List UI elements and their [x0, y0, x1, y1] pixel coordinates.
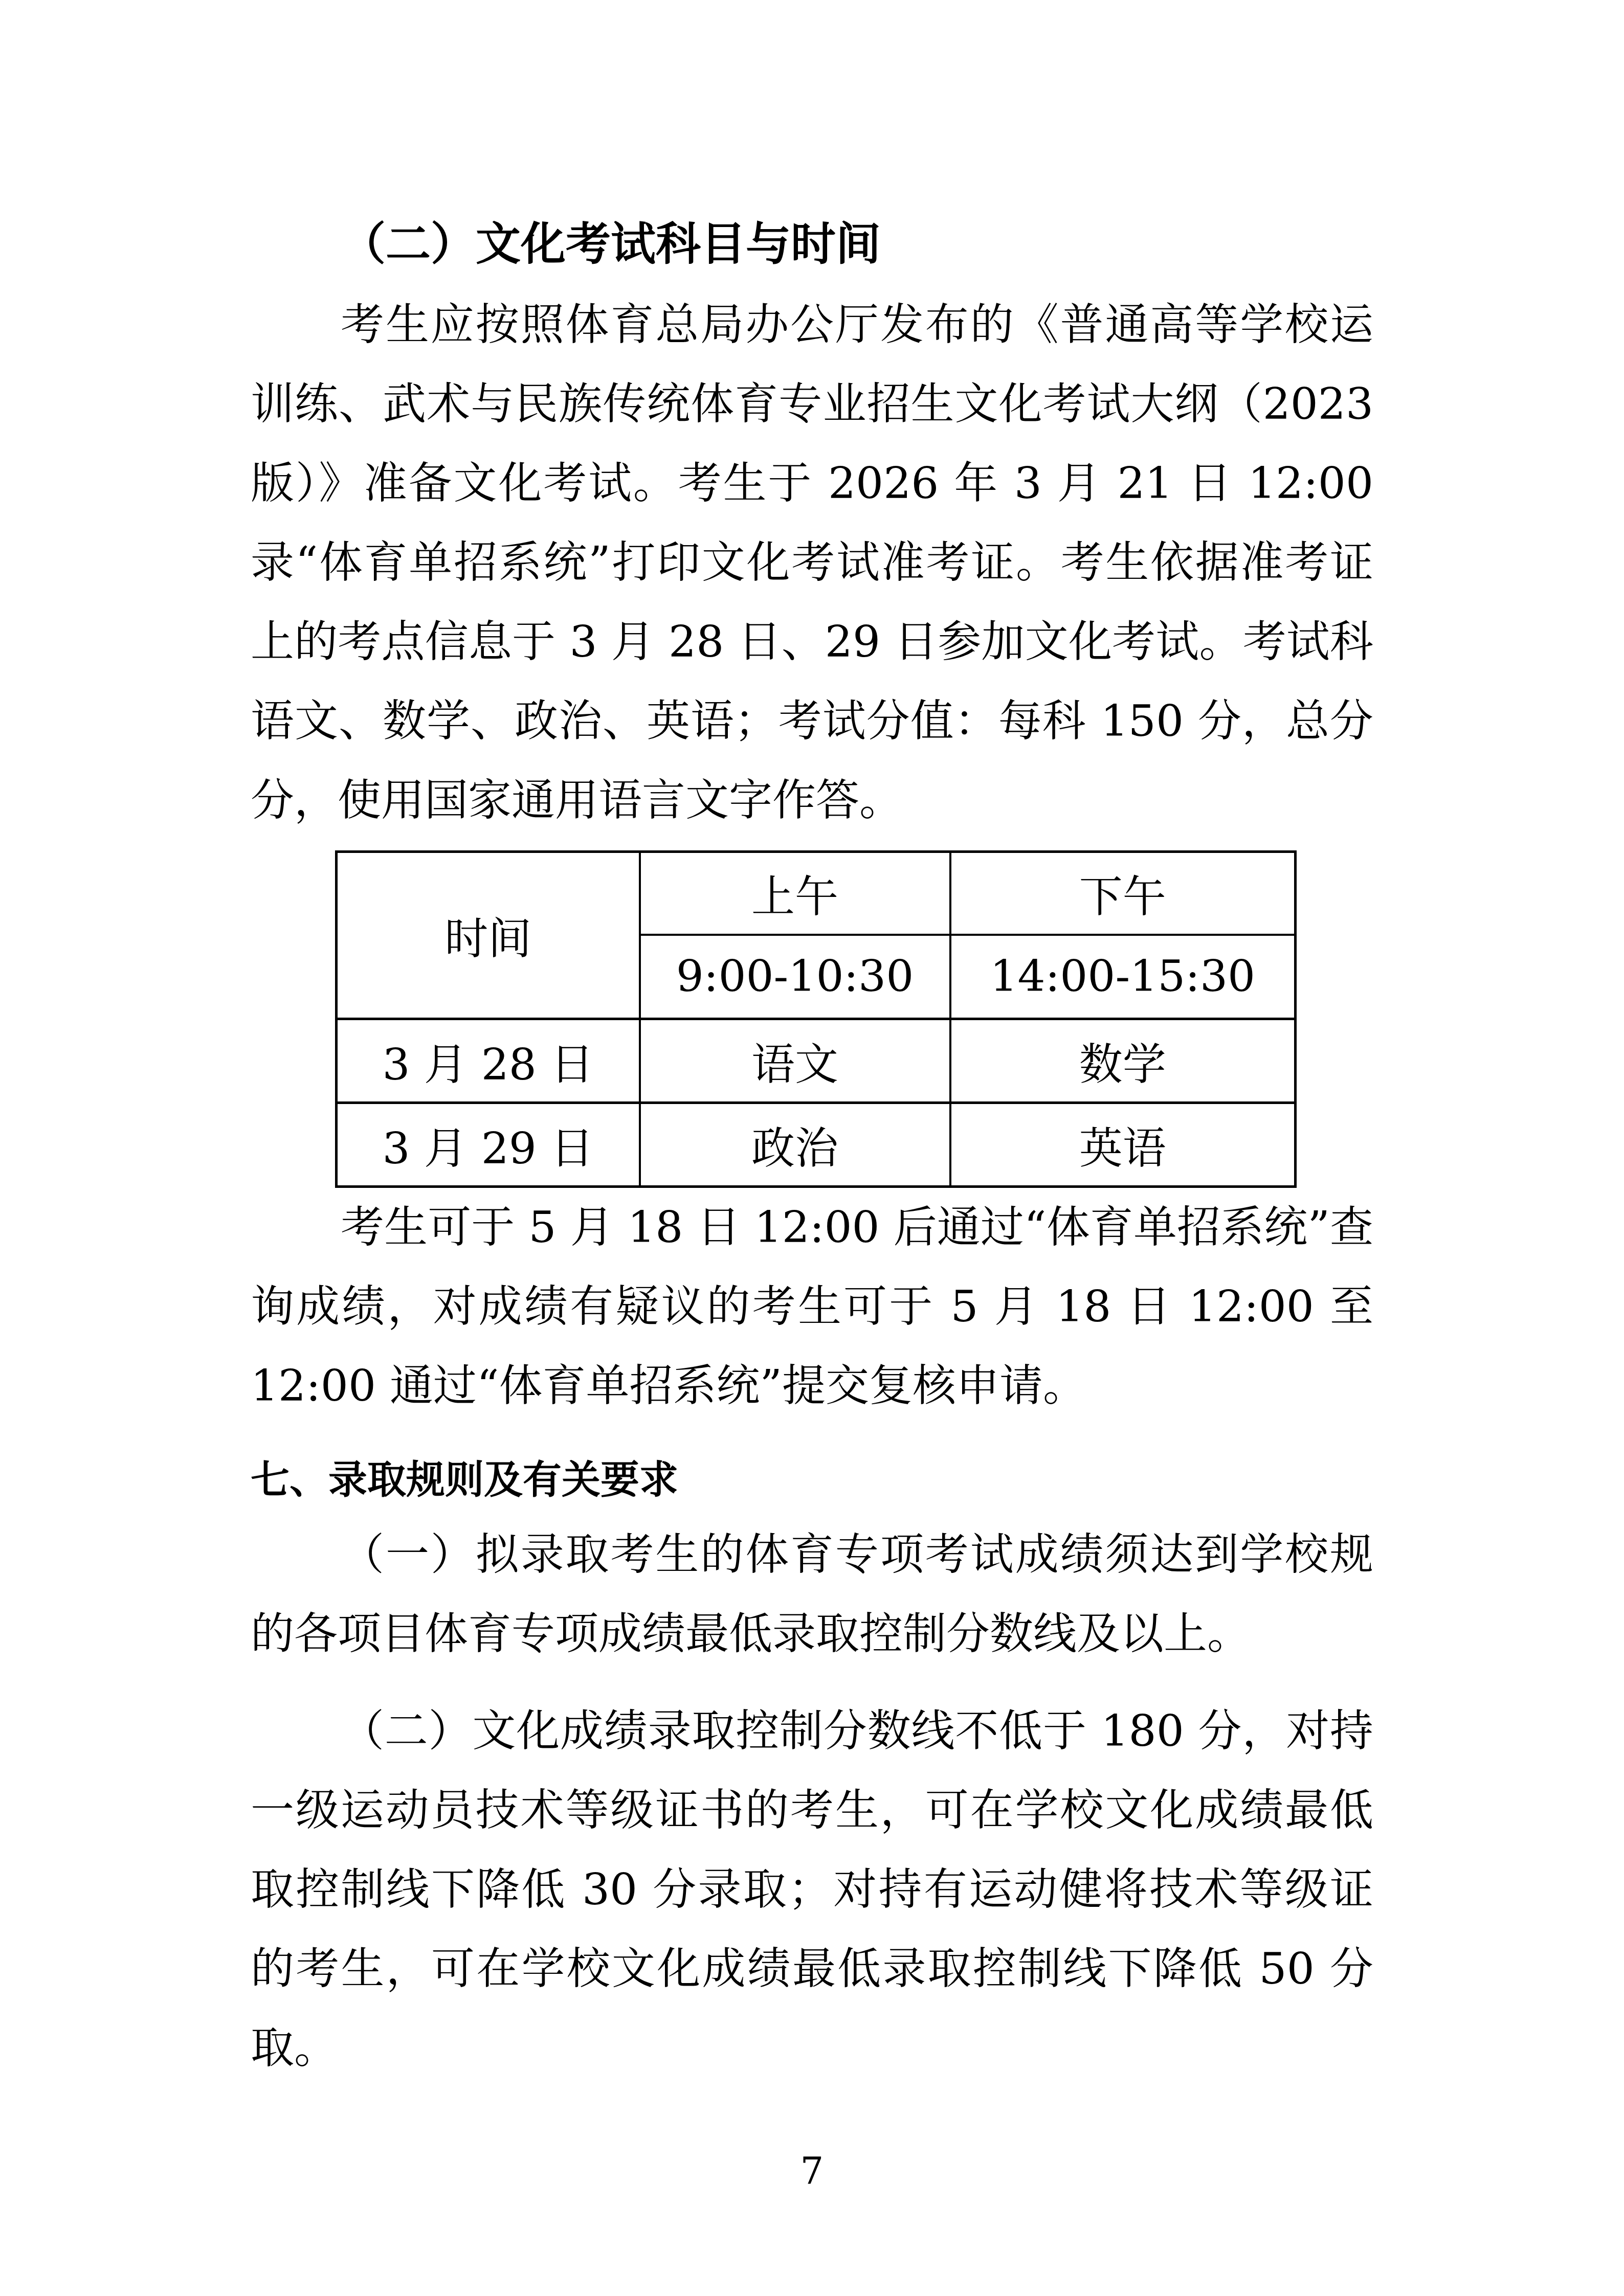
cell-subject: 语文 [640, 1019, 950, 1103]
text-line: 语文、数学、政治、英语；考试分值：每科 150 分，总分 600 [251, 682, 1373, 761]
cell-afternoon-header: 下午 [950, 852, 1296, 935]
text-line: 考生应按照体育总局办公厅发布的《普通高等学校运动 [251, 285, 1373, 365]
text-line: 分，使用国家通用语言文字作答。 [251, 761, 1373, 840]
cell-subject: 英语 [950, 1103, 1296, 1187]
page-number: 7 [0, 2140, 1624, 2201]
text-line: 版）》准备文化考试。考生于 2026 年 3 月 21 日 12:00 后登 [251, 444, 1373, 523]
cell-morning-header: 上午 [640, 852, 950, 935]
page: { "colors": {"text": "#000000", "backgro… [0, 0, 1624, 2296]
table-row: 时间 上午 下午 [337, 852, 1296, 935]
cell-date: 3 月 29 日 [337, 1103, 640, 1187]
cell-date: 3 月 28 日 [337, 1019, 640, 1103]
paragraph-admission-rule-2: （二）文化成绩录取控制分数线不低于 180 分，对持有 一级运动员技术等级证书的… [251, 1692, 1373, 2088]
subsection-heading-culture-exam: （二）文化考试科目与时间 [251, 204, 1463, 283]
text-line: 取控制线下降低 30 分录取；对持有运动健将技术等级证书 [251, 1850, 1373, 1929]
text-line: 考生可于 5 月 18 日 12:00 后通过“体育单招系统”查 [251, 1188, 1373, 1267]
cell-afternoon-time: 14:00-15:30 [950, 935, 1296, 1019]
paragraph-score-query: 考生可于 5 月 18 日 12:00 后通过“体育单招系统”查 询成绩，对成绩… [251, 1188, 1373, 1426]
text-line: 询成绩，对成绩有疑议的考生可于 5 月 18 日 12:00 至 19 日 [251, 1267, 1373, 1346]
table-row: 3 月 29 日 政治 英语 [337, 1103, 1296, 1187]
text-line: 12:00 通过“体育单招系统”提交复核申请。 [251, 1346, 1373, 1426]
cell-time-label: 时间 [337, 852, 640, 1019]
cell-subject: 数学 [950, 1019, 1296, 1103]
table-row: 3 月 28 日 语文 数学 [337, 1019, 1296, 1103]
cell-subject: 政治 [640, 1103, 950, 1187]
text-line: 的考生，可在学校文化成绩最低录取控制线下降低 50 分录 [251, 1929, 1373, 2009]
text-line: （一）拟录取考生的体育专项考试成绩须达到学校规定 [251, 1515, 1373, 1594]
text-line: 训练、武术与民族传统体育专业招生文化考试大纲（2023 [251, 365, 1373, 444]
paragraph-admission-rule-1: （一）拟录取考生的体育专项考试成绩须达到学校规定 的各项目体育专项成绩最低录取控… [251, 1515, 1373, 1674]
exam-schedule-table: 时间 上午 下午 9:00-10:30 14:00-15:30 3 月 28 日… [335, 850, 1297, 1188]
cell-morning-time: 9:00-10:30 [640, 935, 950, 1019]
text-line: 录“体育单招系统”打印文化考试准考证。考生依据准考证 [251, 523, 1373, 602]
text-line: 的各项目体育专项成绩最低录取控制分数线及以上。 [251, 1594, 1373, 1674]
text-line: （二）文化成绩录取控制分数线不低于 180 分，对持有 [251, 1692, 1373, 1771]
text-line: 上的考点信息于 3 月 28 日、29 日参加文化考试。考试科目： [251, 602, 1373, 682]
section-heading-admission-rules: 七、录取规则及有关要求 [251, 1440, 1373, 1519]
text-line: 一级运动员技术等级证书的考生，可在学校文化成绩最低录 [251, 1771, 1373, 1850]
paragraph-culture-exam: 考生应按照体育总局办公厅发布的《普通高等学校运动 训练、武术与民族传统体育专业招… [251, 285, 1373, 840]
text-line: 取。 [251, 2009, 1373, 2088]
